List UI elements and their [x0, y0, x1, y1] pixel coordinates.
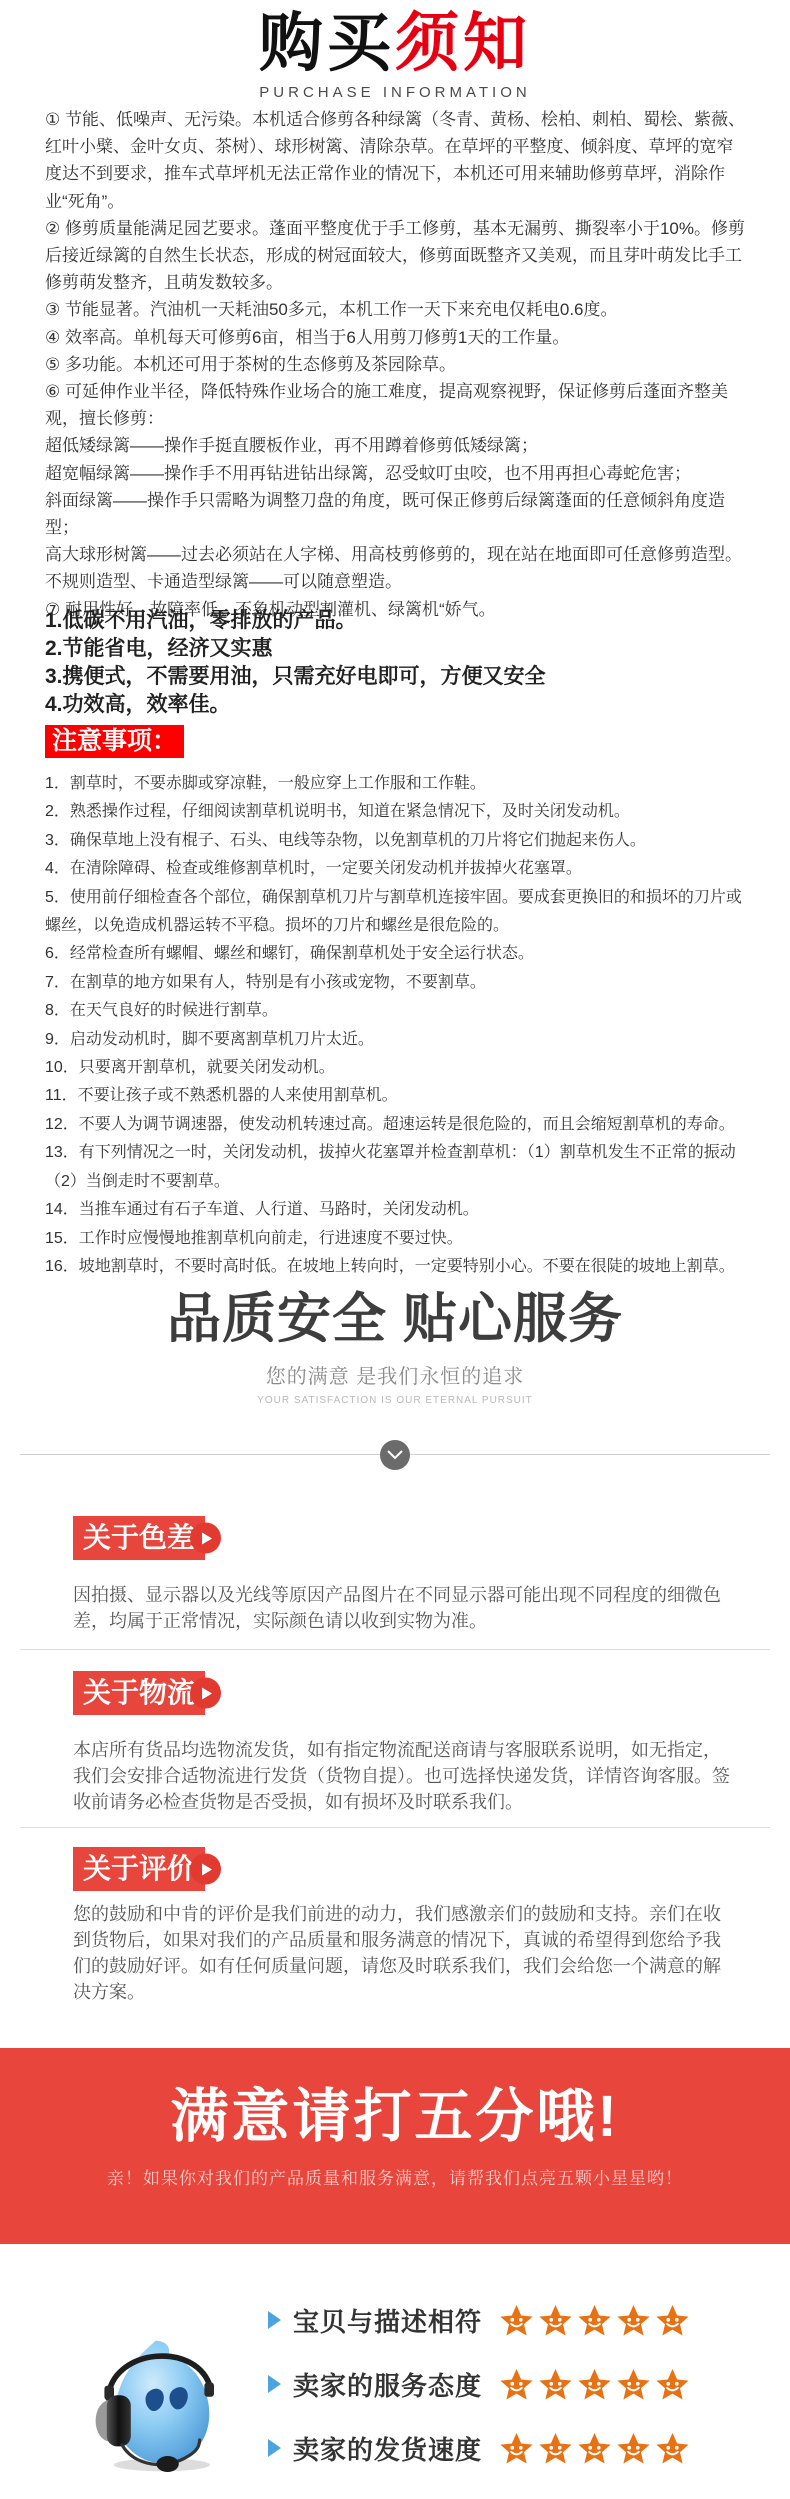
- rating-row: 卖家的发货速度: [268, 2423, 689, 2473]
- section-body-logistics: 本店所有货品均选物流发货，如有指定物流配送商请与客服联系说明，如无指定，我们会安…: [73, 1737, 733, 1815]
- arrow-right-icon: [268, 2439, 281, 2457]
- divider: [20, 1827, 770, 1828]
- rating-row: 卖家的服务态度: [268, 2359, 689, 2409]
- notice-badge: 注意事项：: [45, 725, 184, 758]
- notice-item: 3．确保草地上没有棍子、石头、电线等杂物，以免割草机的刀片将它们抛起来伤人。: [45, 827, 753, 855]
- divider: [20, 1649, 770, 1650]
- notice-item: 14．当推车通过有石子车道、人行道、马路时，关闭发动机。: [45, 1196, 753, 1224]
- intro-paragraphs: ① 节能、低噪声、无污染。本机适合修剪各种绿篱（冬青、黄杨、桧柏、刺柏、蜀桧、紫…: [45, 106, 747, 623]
- feature-item: 3.携便式，不需要用油，只需充好电即可，方便又安全: [45, 663, 755, 691]
- section-badge-label: 关于物流: [83, 1677, 195, 1708]
- star-icon: [539, 2432, 572, 2465]
- rating-rows: 宝贝与描述相符 卖家的服务态度: [268, 2295, 689, 2487]
- arrow-right-icon: [190, 1523, 221, 1554]
- star-icon: [500, 2432, 533, 2465]
- intro-paragraph: 超宽幅绿篱——操作手不用再钻进钻出绿篱，忍受蚊叮虫咬，也不用再担心毒蛇危害；: [45, 460, 747, 487]
- arrow-right-icon: [268, 2375, 281, 2393]
- rating-section: 宝贝与描述相符 卖家的服务态度: [0, 2295, 790, 2499]
- quality-banner: 品质安全 贴心服务 您的满意 是我们永恒的追求 YOUR SATISFACTIO…: [0, 1288, 790, 1406]
- quality-subtitle-en: YOUR SATISFACTION IS OUR ETERNAL PURSUIT: [0, 1395, 790, 1406]
- star-icon: [578, 2304, 611, 2337]
- star-rating: [500, 2368, 689, 2401]
- arrow-right-icon: [268, 2311, 281, 2329]
- star-icon: [656, 2432, 689, 2465]
- star-icon: [656, 2304, 689, 2337]
- star-icon: [578, 2368, 611, 2401]
- purchase-info-page: 购买须知 PURCHASE INFORMATION ① 节能、低噪声、无污染。本…: [0, 0, 790, 2499]
- arrow-right-icon: [190, 1678, 221, 1709]
- section-badge-review: 关于评价: [73, 1847, 205, 1891]
- page-title-red: 须知: [395, 8, 531, 79]
- intro-paragraph: ① 节能、低噪声、无污染。本机适合修剪各种绿篱（冬青、黄杨、桧柏、刺柏、蜀桧、紫…: [45, 106, 747, 215]
- star-icon: [617, 2368, 650, 2401]
- star-icon: [656, 2368, 689, 2401]
- intro-paragraph: ⑥ 可延伸作业半径，降低特殊作业场合的施工难度，提高观察视野，保证修剪后蓬面齐整…: [45, 378, 747, 432]
- notice-item: 1．割草时，不要赤脚或穿凉鞋，一般应穿上工作服和工作鞋。: [45, 770, 753, 798]
- quality-title: 品质安全 贴心服务: [0, 1288, 790, 1350]
- rating-label: 宝贝与描述相符: [293, 2302, 482, 2339]
- banner-subtitle: 亲！如果你对我们的产品质量和服务满意，请帮我们点亮五颗小星星哟！: [0, 2164, 790, 2189]
- section-badge-logistics: 关于物流: [73, 1671, 205, 1715]
- star-icon: [500, 2368, 533, 2401]
- rating-label: 卖家的服务态度: [293, 2366, 482, 2403]
- arrow-right-icon: [190, 1854, 221, 1885]
- star-rating: [500, 2432, 689, 2465]
- page-title: 购买须知: [0, 6, 790, 82]
- intro-paragraph: 不规则造型、卡通造型绿篱——可以随意塑造。: [45, 568, 747, 595]
- quality-subtitle: 您的满意 是我们永恒的追求: [0, 1360, 790, 1389]
- star-icon: [617, 2432, 650, 2465]
- star-icon: [617, 2304, 650, 2337]
- feature-item: 4.功效高，效率佳。: [45, 691, 755, 719]
- notice-item: 6．经常检查所有螺帽、螺丝和螺钉，确保割草机处于安全运行状态。: [45, 940, 753, 968]
- intro-paragraph: ⑤ 多功能。本机还可用于茶树的生态修剪及茶园除草。: [45, 351, 747, 378]
- section-body-color-difference: 因拍摄、显示器以及光线等原因产品图片在不同显示器可能出现不同程度的细微色差，均属…: [73, 1582, 733, 1634]
- notice-item: 11．不要让孩子或不熟悉机器的人来使用割草机。: [45, 1082, 753, 1110]
- intro-paragraph: 斜面绿篱——操作手只需略为调整刀盘的角度，既可保正修剪后绿篱蓬面的任意倾斜角度造…: [45, 487, 747, 541]
- notice-item: 9．启动发动机时，脚不要离割草机刀片太近。: [45, 1026, 753, 1054]
- star-icon: [539, 2368, 572, 2401]
- notice-item: 16．坡地割草时，不要时高时低。在坡地上转向时，一定要特别小心。不要在很陡的坡地…: [45, 1253, 753, 1281]
- feature-item: 1.低碳不用汽油，零排放的产品。: [45, 607, 755, 635]
- customer-service-mascot: [78, 2303, 238, 2493]
- rating-row: 宝贝与描述相符: [268, 2295, 689, 2345]
- intro-paragraph: ② 修剪质量能满足园艺要求。蓬面平整度优于手工修剪，基本无漏剪、撕裂率小于10%…: [45, 215, 747, 297]
- rating-label: 卖家的发货速度: [293, 2430, 482, 2467]
- notice-item: 15．工作时应慢慢地推割草机向前走，行进速度不要过快。: [45, 1225, 753, 1253]
- intro-paragraph: 超低矮绿篱——操作手挺直腰板作业，再不用蹲着修剪低矮绿篱；: [45, 432, 747, 459]
- section-badge-label: 关于色差: [83, 1522, 195, 1553]
- five-star-banner: 满意请打五分哦! 亲！如果你对我们的产品质量和服务满意，请帮我们点亮五颗小星星哟…: [0, 2048, 790, 2244]
- notice-item: 8．在天气良好的时候进行割草。: [45, 997, 753, 1025]
- star-icon: [539, 2304, 572, 2337]
- page-header: 购买须知 PURCHASE INFORMATION: [0, 6, 790, 101]
- banner-title: 满意请打五分哦!: [0, 2084, 790, 2150]
- star-icon: [500, 2304, 533, 2337]
- chevron-down-icon: [380, 1440, 410, 1470]
- star-rating: [500, 2304, 689, 2337]
- section-badge-label: 关于评价: [83, 1853, 195, 1884]
- notice-item: 12．不要人为调节调速器，使发动机转速过高。超速运转是很危险的，而且会缩短割草机…: [45, 1111, 753, 1139]
- notice-item: 5．使用前仔细检查各个部位，确保割草机刀片与割草机连接牢固。要成套更换旧的和损坏…: [45, 884, 753, 941]
- notice-item: 7．在割草的地方如果有人，特别是有小孩或宠物，不要割草。: [45, 969, 753, 997]
- page-subtitle-en: PURCHASE INFORMATION: [0, 84, 790, 101]
- intro-paragraph: 高大球形树篱——过去必须站在人字梯、用高枝剪修剪的，现在站在地面即可任意修剪造型…: [45, 541, 747, 568]
- notice-list: 1．割草时，不要赤脚或穿凉鞋，一般应穿上工作服和工作鞋。 2．熟悉操作过程，仔细…: [45, 770, 753, 1281]
- feature-list: 1.低碳不用汽油，零排放的产品。 2.节能省电，经济又实惠 3.携便式，不需要用…: [45, 607, 755, 719]
- notice-item: 2．熟悉操作过程，仔细阅读割草机说明书，知道在紧急情况下，及时关闭发动机。: [45, 798, 753, 826]
- intro-paragraph: ③ 节能显著。汽油机一天耗油50多元，本机工作一天下来充电仅耗电0.6度。: [45, 296, 747, 323]
- feature-item: 2.节能省电，经济又实惠: [45, 635, 755, 663]
- notice-item: 10．只要离开割草机，就要关闭发动机。: [45, 1054, 753, 1082]
- notice-item: 4．在清除障碍、检查或维修割草机时，一定要关闭发动机并拔掉火花塞罩。: [45, 855, 753, 883]
- section-badge-color-difference: 关于色差: [73, 1516, 205, 1560]
- section-body-review: 您的鼓励和中肯的评价是我们前进的动力，我们感激亲们的鼓励和支持。亲们在收到货物后…: [73, 1901, 733, 2005]
- notice-item: 13．有下列情况之一时，关闭发动机，拔掉火花塞罩并检查割草机：（1）割草机发生不…: [45, 1139, 753, 1196]
- star-icon: [578, 2432, 611, 2465]
- intro-paragraph: ④ 效率高。单机每天可修剪6亩，相当于6人用剪刀修剪1天的工作量。: [45, 324, 747, 351]
- page-title-black: 购买: [259, 8, 395, 79]
